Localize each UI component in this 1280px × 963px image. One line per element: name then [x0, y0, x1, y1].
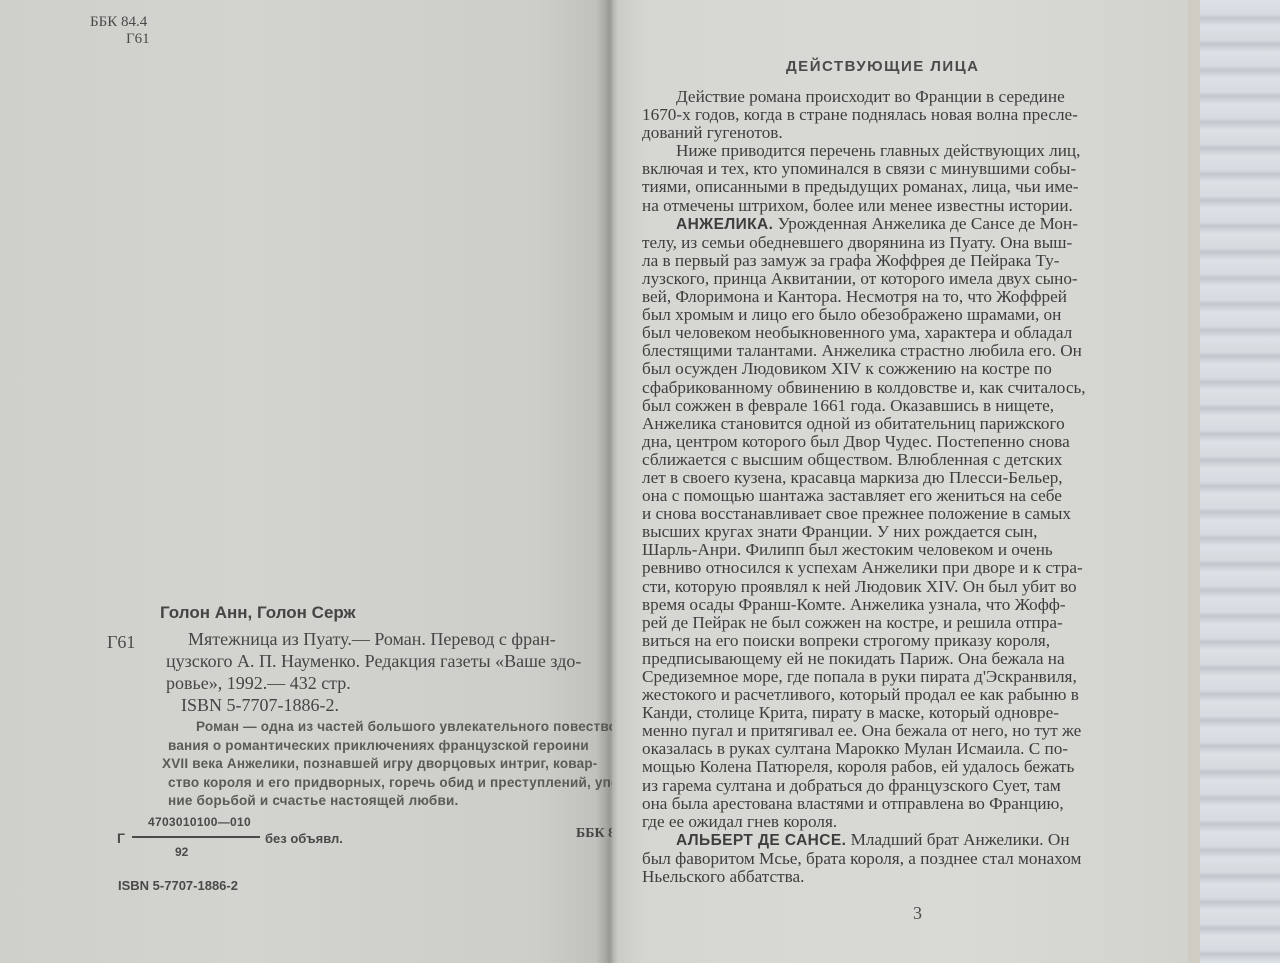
line-text: лет в своего кузена, красавца маркиза дю… — [642, 468, 1063, 487]
line-text: телу, из семьи обедневшего дворянина из … — [642, 233, 1072, 252]
text-line: блестящими талантами. Анжелика страстно … — [642, 342, 1182, 360]
book-gutter — [596, 0, 618, 963]
text-line: на отмечены штрихом, более или менее изв… — [642, 197, 1182, 215]
text-line: Ниже приводится перечень главных действу… — [642, 142, 1182, 160]
text-line: и снова восстанавливает свое прежнее пол… — [642, 505, 1182, 523]
text-line: ла в первый раз замуж за графа Жоффрея д… — [642, 252, 1182, 270]
line-text: сти, которую проявлял к ней Людовик XIV.… — [642, 577, 1077, 596]
biblio-line: ровье», 1992.— 432 стр. — [128, 672, 608, 694]
annotation-line: XVII века Анжелики, познавшей игру дворц… — [162, 755, 613, 774]
line-text: Ньельского аббатства. — [642, 867, 804, 886]
line-text: Урожденная Анжелика де Сансе де Мон- — [773, 214, 1078, 233]
text-line: 1670-х годов, когда в стране поднялась н… — [642, 106, 1182, 124]
line-text: она с помощью шантажа заставляет его жен… — [642, 486, 1062, 505]
bbk-classification: ББК 84.4 Г61 — [90, 14, 150, 48]
line-text: был хромым и лицо его было обезображено … — [642, 305, 1061, 324]
line-text: виться на его поиски вопреки строгому пр… — [642, 631, 1050, 650]
annotation-line: ство короля и его придворных, горечь оби… — [168, 774, 613, 793]
text-line: виться на его поиски вопреки строгому пр… — [642, 632, 1182, 650]
character-entry-line: АНЖЕЛИКА. Урожденная Анжелика де Сансе д… — [642, 215, 1182, 234]
line-text: дна, центром которого был Двор Чудес. По… — [642, 432, 1070, 451]
line-text: из гарема султана и добраться до француз… — [642, 776, 1061, 795]
line-text: сфабрикованному обвинению в колдовстве и… — [642, 378, 1086, 397]
text-line: Действие романа происходит во Франции в … — [642, 88, 1182, 106]
line-text: высших кругах знати Франции. У них рожда… — [642, 522, 1037, 541]
text-line: дна, центром которого был Двор Чудес. По… — [642, 433, 1182, 451]
text-line: был человеком необыкновенного ума, харак… — [642, 324, 1182, 342]
text-line: мощью Колена Патюреля, короля рабов, ей … — [642, 758, 1182, 776]
text-line: Канди, столице Крита, пирату в маске, ко… — [642, 704, 1182, 722]
line-text: мощью Колена Патюреля, короля рабов, ей … — [642, 757, 1074, 776]
line-text: был осужден Людовиком XIV к сожжению на … — [642, 359, 1052, 378]
text-line: телу, из семьи обедневшего дворянина из … — [642, 234, 1182, 252]
line-text: она была арестована властями и отправлен… — [642, 794, 1064, 813]
catalog-code-letter: Г — [117, 830, 125, 846]
text-line: Шарль-Анри. Филипп был жестоким человеко… — [642, 541, 1182, 559]
text-line: сближается с высшим обществом. Влюбленна… — [642, 451, 1182, 469]
character-name: АЛЬБЕРТ ДЕ САНСЕ. — [676, 832, 846, 849]
text-line: она была арестована властями и отправлен… — [642, 795, 1182, 813]
biblio-line: цузского А. П. Науменко. Редакция газеты… — [128, 650, 608, 672]
line-text: вей, Флоримона и Кантора. Несмотря на то… — [642, 287, 1067, 306]
line-text: Канди, столице Крита, пирату в маске, ко… — [642, 703, 1059, 722]
left-page: ББК 84.4 Г61 Голон Анн, Голон Серж Г61 М… — [0, 0, 612, 963]
line-text: предписывающему ей не покидать Париж. Он… — [642, 649, 1065, 668]
line-text: ла в первый раз замуж за графа Жоффрея д… — [642, 251, 1060, 270]
line-text: был человеком необыкновенного ума, харак… — [642, 323, 1072, 342]
line-text: Средиземное море, где попала в руки пира… — [642, 667, 1077, 686]
line-text: Анжелика становится одной из обитательни… — [642, 414, 1065, 433]
text-line: был фаворитом Мсье, брата короля, а позд… — [642, 850, 1182, 868]
line-text: дований гугенотов. — [642, 123, 783, 142]
character-name: АНЖЕЛИКА. — [676, 216, 773, 233]
line-text: менно пугал и притягивал ее. Она бежала … — [642, 721, 1081, 740]
text-line: включая и тех, кто упоминался в связи с … — [642, 160, 1182, 178]
character-entry-line: АЛЬБЕРТ ДЕ САНСЕ. Младший брат Анжелики.… — [642, 831, 1182, 850]
bbk-code-line1: ББК 84.4 — [90, 14, 147, 30]
table-surface — [1200, 0, 1280, 963]
line-text: рей де Пейрак не был сожжен на костре, и… — [642, 613, 1063, 632]
catalog-code-note: без объявл. — [265, 831, 343, 846]
line-text: был сожжен в феврале 1661 года. Оказавши… — [642, 396, 1054, 415]
text-line: где ее ожидал гнев короля. — [642, 813, 1182, 831]
catalog-code-fraction-bar — [132, 836, 260, 838]
text-line: Ньельского аббатства. — [642, 868, 1182, 886]
line-text: включая и тех, кто упоминался в связи с … — [642, 159, 1076, 178]
line-text: жестокого и расчетливого, который продал… — [642, 685, 1079, 704]
text-line: высших кругах знати Франции. У них рожда… — [642, 523, 1182, 541]
text-line: оказалась в руках султана Марокко Мулан … — [642, 740, 1182, 758]
text-line: сфабрикованному обвинению в колдовстве и… — [642, 379, 1182, 397]
line-text: тиями, описанными в предыдущих романах, … — [642, 177, 1078, 196]
biblio-line: Мятежница из Пуату.— Роман. Перевод с фр… — [128, 628, 608, 650]
annotation-line: вания о романтических приключениях франц… — [168, 737, 613, 756]
line-text: лузского, принца Аквитании, от которого … — [642, 269, 1078, 288]
text-line: жестокого и расчетливого, который продал… — [642, 686, 1182, 704]
page-number: 3 — [913, 903, 922, 924]
text-line: из гарема султана и добраться до француз… — [642, 777, 1182, 795]
annotation: Роман — одна из частей большого увлекате… — [168, 718, 613, 811]
catalog-code-numerator: 4703010100—010 — [148, 815, 251, 829]
catalog-code-denominator: 92 — [175, 845, 188, 859]
line-text: Шарль-Анри. Филипп был жестоким человеко… — [642, 540, 1053, 559]
text-line: она с помощью шантажа заставляет его жен… — [642, 487, 1182, 505]
text-line: Анжелика становится одной из обитательни… — [642, 415, 1182, 433]
line-text: и снова восстанавливает свое прежнее пол… — [642, 504, 1071, 523]
page-heading: ДЕЙСТВУЮЩИЕ ЛИЦА — [786, 58, 980, 75]
text-line: сти, которую проявлял к ней Людовик XIV.… — [642, 578, 1182, 596]
line-text: сближается с высшим обществом. Влюбленна… — [642, 450, 1062, 469]
bibliographic-entry: Мятежница из Пуату.— Роман. Перевод с фр… — [128, 628, 608, 716]
annotation-line: ние борьбой и счастье настоящей любви. — [168, 792, 613, 811]
line-text: Младший брат Анжелики. Он — [846, 830, 1069, 849]
text-line: был осужден Людовиком XIV к сожжению на … — [642, 360, 1182, 378]
text-line: вей, Флоримона и Кантора. Несмотря на то… — [642, 288, 1182, 306]
text-line: Средиземное море, где попала в руки пира… — [642, 668, 1182, 686]
text-line: лузского, принца Аквитании, от которого … — [642, 270, 1182, 288]
text-line: тиями, описанными в предыдущих романах, … — [642, 178, 1182, 196]
line-text: 1670-х годов, когда в стране поднялась н… — [642, 105, 1078, 124]
biblio-isbn: ISBN 5-7707-1886-2. — [128, 694, 608, 716]
line-text: оказалась в руках султана Марокко Мулан … — [642, 739, 1068, 758]
authors: Голон Анн, Голон Серж — [160, 603, 356, 623]
text-line: предписывающему ей не покидать Париж. Он… — [642, 650, 1182, 668]
line-text: Ниже приводится перечень главных действу… — [676, 141, 1080, 160]
text-line: время осады Франш-Комте. Анжелика узнала… — [642, 596, 1182, 614]
text-line: лет в своего кузена, красавца маркиза дю… — [642, 469, 1182, 487]
text-line: дований гугенотов. — [642, 124, 1182, 142]
page-edge — [1188, 0, 1200, 963]
line-text: блестящими талантами. Анжелика страстно … — [642, 341, 1082, 360]
line-text: был фаворитом Мсье, брата короля, а позд… — [642, 849, 1081, 868]
text-line: ревниво относился к успехам Анжелики при… — [642, 559, 1182, 577]
line-text: на отмечены штрихом, более или менее изв… — [642, 196, 1073, 215]
line-text: Действие романа происходит во Франции в … — [676, 87, 1065, 106]
text-line: менно пугал и притягивал ее. Она бежала … — [642, 722, 1182, 740]
bbk-code-line2: Г61 — [90, 31, 150, 48]
text-line: был сожжен в феврале 1661 года. Оказавши… — [642, 397, 1182, 415]
characters-text: Действие романа происходит во Франции в … — [642, 88, 1182, 886]
line-text: ревниво относился к успехам Анжелики при… — [642, 558, 1083, 577]
text-line: рей де Пейрак не был сожжен на костре, и… — [642, 614, 1182, 632]
line-text: где ее ожидал гнев короля. — [642, 812, 837, 831]
text-line: был хромым и лицо его было обезображено … — [642, 306, 1182, 324]
annotation-line: Роман — одна из частей большого увлекате… — [168, 718, 613, 737]
isbn: ISBN 5-7707-1886-2 — [118, 878, 238, 893]
line-text: время осады Франш-Комте. Анжелика узнала… — [642, 595, 1066, 614]
